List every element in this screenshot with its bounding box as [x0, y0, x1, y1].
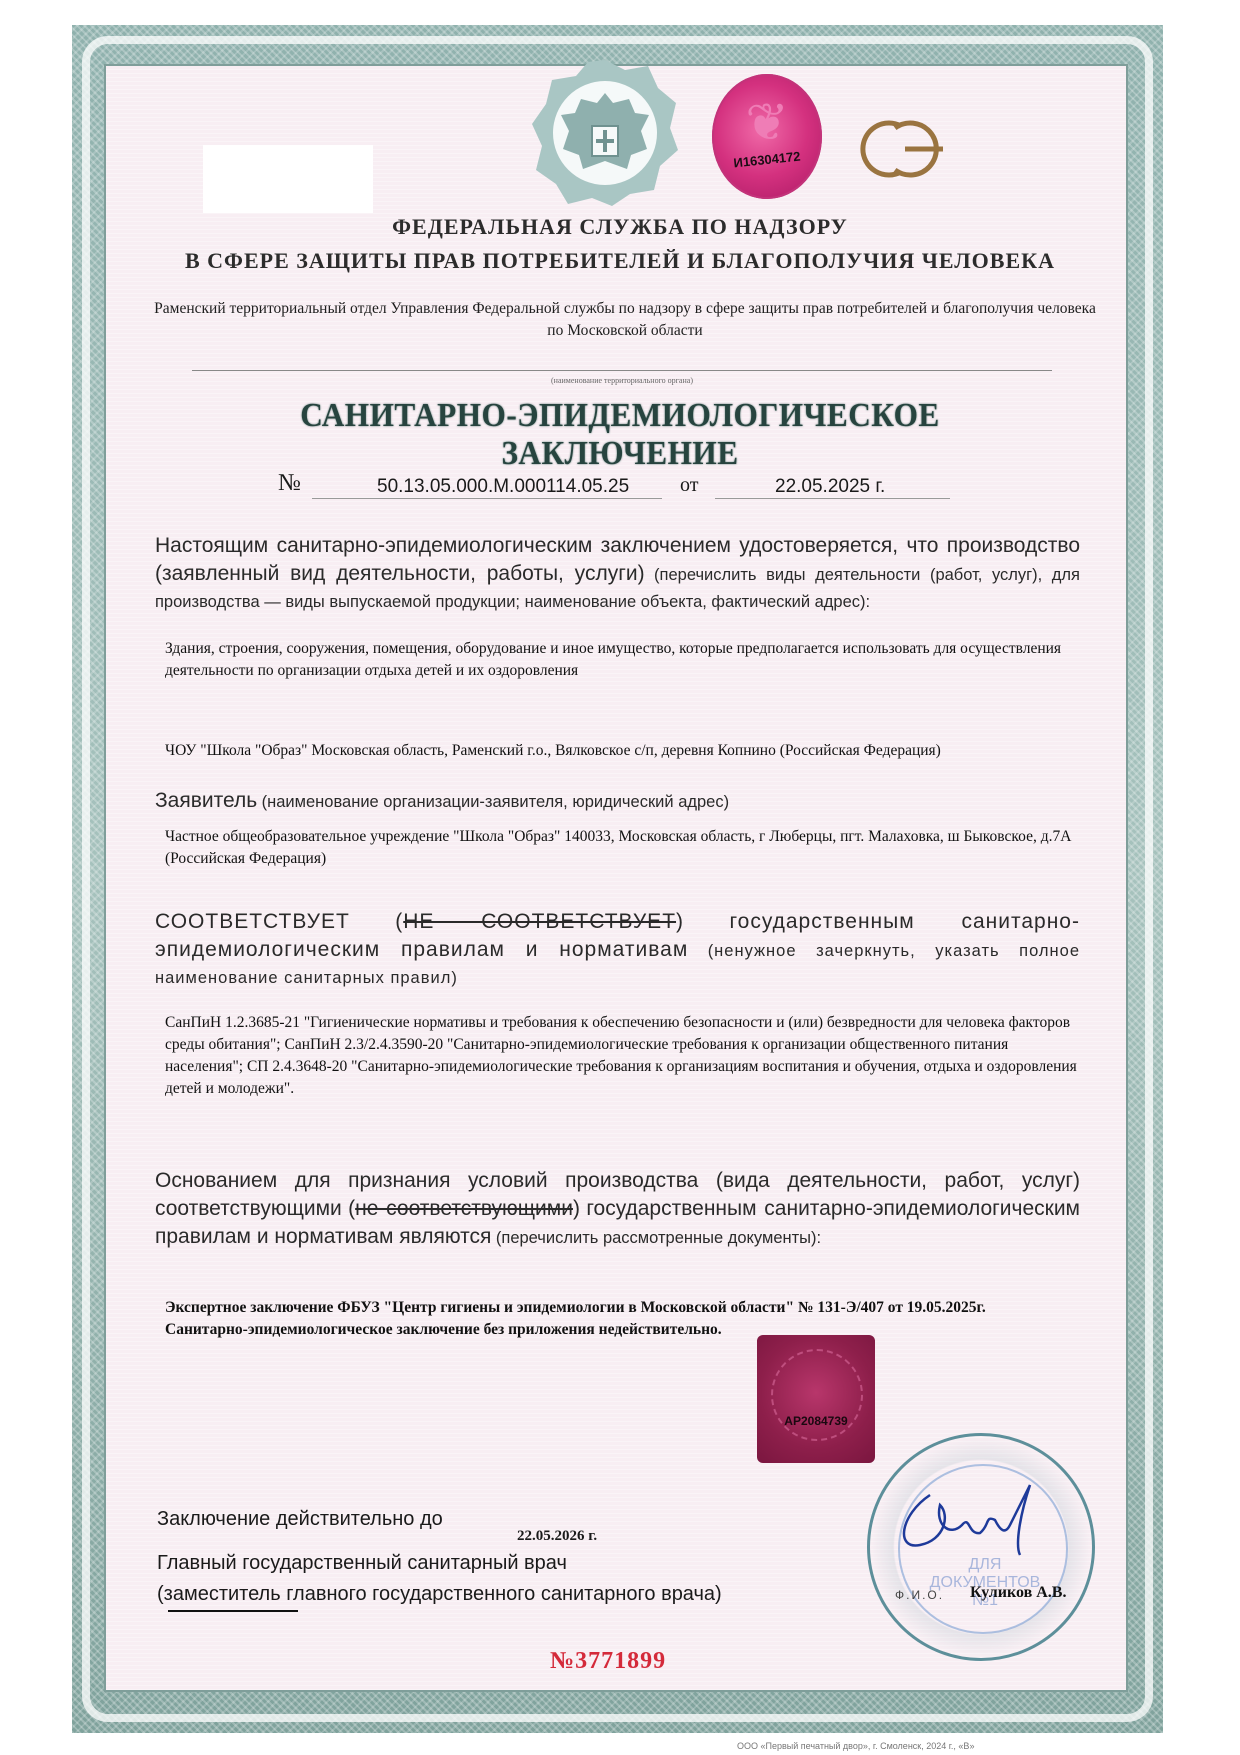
- applicant-value: Частное общеобразовательное учреждение "…: [165, 826, 1090, 870]
- applicant-hint: (наименование организации-заявителя, юри…: [262, 793, 729, 811]
- document-number: 50.13.05.000.М.000114.05.25: [377, 476, 629, 498]
- doctor-title: Главный государственный санитарный врач: [157, 1552, 567, 1575]
- document-title: САНИТАРНО-ЭПИДЕМИОЛОГИЧЕСКОЕ ЗАКЛЮЧЕНИЕ: [178, 397, 1061, 473]
- number-underline: [312, 498, 662, 499]
- from-label: от: [680, 474, 698, 497]
- printer-imprint: ООО «Первый печатный двор», г. Смоленск,…: [737, 1741, 974, 1751]
- valid-until-label: Заключение действительно до: [157, 1508, 443, 1531]
- basis-hint: (перечислить рассмотренные документы):: [496, 1229, 821, 1247]
- valid-until-date: 22.05.2026 г.: [517, 1528, 597, 1545]
- deputy-underline: [168, 1610, 298, 1612]
- date-underline: [715, 498, 950, 499]
- eagle-icon: ❦: [738, 94, 796, 154]
- validity-note: Санитарно-эпидемиологическое заключение …: [165, 1319, 1090, 1341]
- number-row: № 50.13.05.000.М.000114.05.25 от 22.05.2…: [0, 470, 1240, 504]
- department-caption: (наименование территориального органа): [192, 376, 1052, 385]
- agency-title-line2: В СФЕРЕ ЗАЩИТЫ ПРАВ ПОТРЕБИТЕЛЕЙ И БЛАГО…: [140, 248, 1100, 274]
- hologram-serial: И16304172: [723, 148, 810, 172]
- department-underline: [192, 370, 1052, 371]
- security-hologram-sticker: ❦ И16304172: [712, 74, 822, 199]
- number-sign: №: [278, 470, 301, 497]
- production-lead: Настоящим санитарно-эпидемиологическим з…: [155, 533, 1080, 616]
- department-name: Раменский территориальный отдел Управлен…: [150, 298, 1100, 342]
- production-value: Здания, строения, сооружения, помещения,…: [165, 638, 1090, 682]
- object-address: ЧОУ "Школа "Образ" Московская область, Р…: [165, 740, 1090, 762]
- hologram-serial-2: АР2084739: [757, 1414, 875, 1428]
- applicant-row: Заявитель (наименование организации-заяв…: [155, 788, 1080, 816]
- fio-label: Ф.И.О.: [895, 1588, 944, 1602]
- agency-title-line1: ФЕДЕРАЛЬНАЯ СЛУЖБА ПО НАДЗОРУ: [140, 214, 1100, 240]
- coat-of-arms-emblem-icon: [530, 58, 680, 208]
- basis-statement: Основанием для признания условий произво…: [155, 1168, 1080, 1252]
- blank-serial-number: №3771899: [550, 1648, 666, 1675]
- compliance-status: СООТВЕТСТВУЕТ: [155, 910, 350, 933]
- document-date: 22.05.2025 г.: [775, 476, 885, 498]
- signer-name: Куликов А.В.: [970, 1584, 1066, 1602]
- deputy-doctor-title: (заместитель главного государственного с…: [157, 1583, 722, 1606]
- signature-icon: [890, 1475, 1060, 1565]
- compliance-statement: СООТВЕТСТВУЕТ (НЕ СООТВЕТСТВУЕТ) государ…: [155, 909, 1080, 992]
- applicant-label: Заявитель: [155, 789, 257, 812]
- se-logo-icon: [857, 118, 957, 180]
- sanitary-rules-list: СанПиН 1.2.3685-21 "Гигиенические нормат…: [165, 1012, 1090, 1100]
- redacted-area: [203, 145, 373, 213]
- basis-document: Экспертное заключение ФБУЗ "Центр гигиен…: [165, 1297, 1090, 1319]
- compliance-struck: НЕ СООТВЕТСТВУЕТ: [403, 910, 676, 933]
- basis-struck: не соответствующими: [355, 1197, 573, 1220]
- security-hologram-square: АР2084739: [757, 1335, 875, 1463]
